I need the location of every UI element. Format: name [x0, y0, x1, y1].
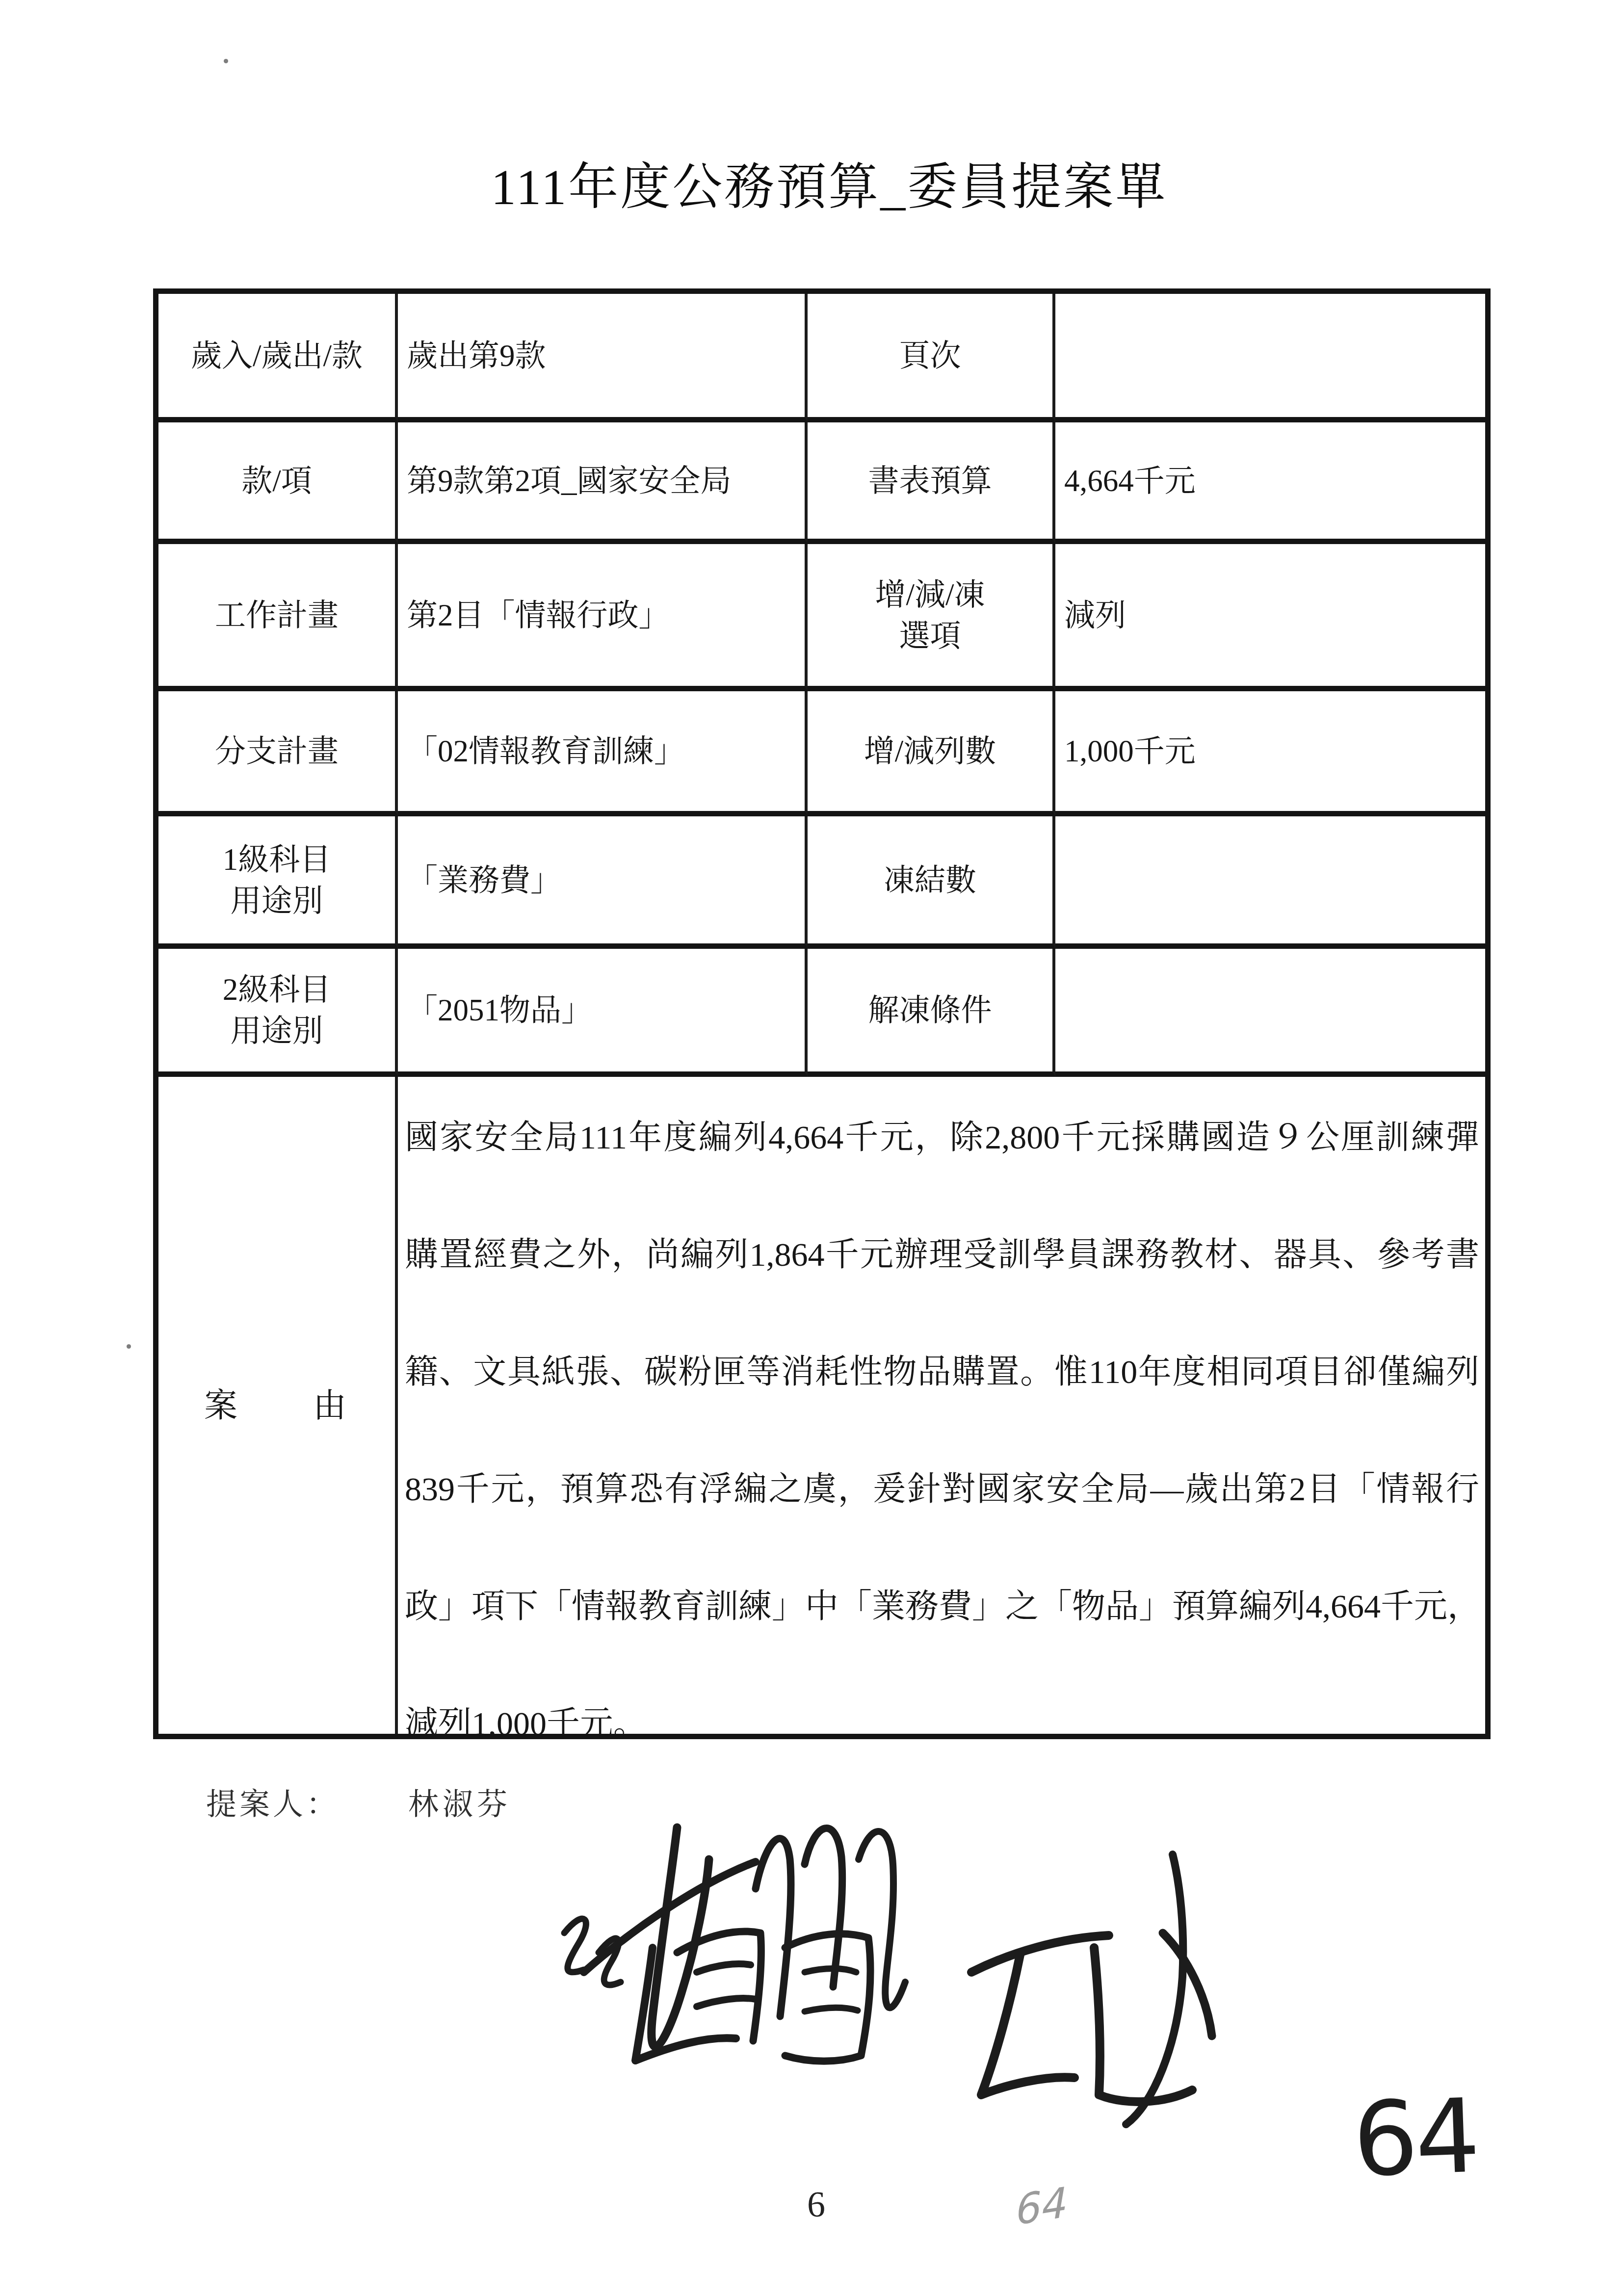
case-line: 籍、文具紙張、碳粉匣等消耗性物品購置。惟110年度相同項目卻僅編列: [405, 1313, 1479, 1431]
page-title: 111年度公務預算_委員提案單: [0, 147, 1624, 219]
case-line: 839千元，預算恐有浮編之虞，爰針對國家安全局—歲出第2目「情報行: [405, 1431, 1479, 1548]
case-line: 減列1,000千元。: [405, 1665, 1479, 1734]
row-label2: 頁次: [808, 294, 1055, 422]
row-label: 1級科目 用途別: [158, 816, 398, 949]
scan-speck: [985, 1257, 990, 1261]
row-value: 「業務費」: [398, 816, 808, 949]
signature-2: [564, 1919, 870, 2061]
row-value: 「02情報教育訓練」: [398, 691, 808, 816]
proposer-label: 提案人：: [206, 1780, 340, 1824]
row-value: 「2051物品」: [398, 949, 808, 1077]
page-number: 6: [807, 2184, 825, 2226]
handwritten-signatures: [442, 1742, 1325, 2183]
row-value: 第2目「情報行政」: [398, 544, 808, 691]
row-label: 2級科目 用途別: [158, 949, 398, 1077]
case-reason-label: 案 由: [158, 1077, 398, 1734]
row-value2: [1055, 816, 1485, 949]
row-label: 歲入/歲出/款: [158, 294, 398, 422]
row-value2: [1055, 294, 1485, 422]
row-value: 第9款第2項_國家安全局: [398, 422, 808, 544]
handwritten-page-number: 64: [1016, 2178, 1068, 2235]
row-value2: 減列: [1055, 544, 1485, 691]
row-label2: 凍結數: [808, 816, 1055, 949]
row-label: 工作計畫: [158, 544, 398, 691]
case-line: 政」項下「情報教育訓練」中「業務費」之「物品」預算編列4,664千元，: [405, 1548, 1479, 1665]
handwritten-number: 64: [1351, 2077, 1479, 2200]
case-line: 購置經費之外，尚編列1,864千元辦理受訓學員課務教材、器具、參考書: [405, 1196, 1479, 1313]
row-label2: 增/減列數: [808, 691, 1055, 816]
row-value2: [1055, 949, 1485, 1077]
case-line: 國家安全局111年度編列4,664千元，除2,800千元採購國造９公厘訓練彈: [405, 1079, 1479, 1196]
signature-3: [971, 1854, 1212, 2124]
row-value: 歲出第9款: [398, 294, 808, 422]
scan-speck: [127, 1344, 131, 1349]
scanned-proposal-form: 111年度公務預算_委員提案單 歲入/歲出/款 歲出第9款 頁次 款/項 第9款…: [0, 0, 1624, 2296]
row-label: 分支計畫: [158, 691, 398, 816]
row-value2: 4,664千元: [1055, 422, 1485, 544]
row-label2: 解凍條件: [808, 949, 1055, 1077]
scan-speck: [224, 59, 228, 63]
budget-table: 歲入/歲出/款 歲出第9款 頁次 款/項 第9款第2項_國家安全局 書表預算 4…: [153, 288, 1491, 1739]
row-label2: 書表預算: [808, 422, 1055, 544]
row-value2: 1,000千元: [1055, 691, 1485, 816]
case-reason-body: 國家安全局111年度編列4,664千元，除2,800千元採購國造９公厘訓練彈 購…: [398, 1077, 1485, 1734]
row-label2: 增/減/凍 選項: [808, 544, 1055, 691]
row-label: 款/項: [158, 422, 398, 544]
